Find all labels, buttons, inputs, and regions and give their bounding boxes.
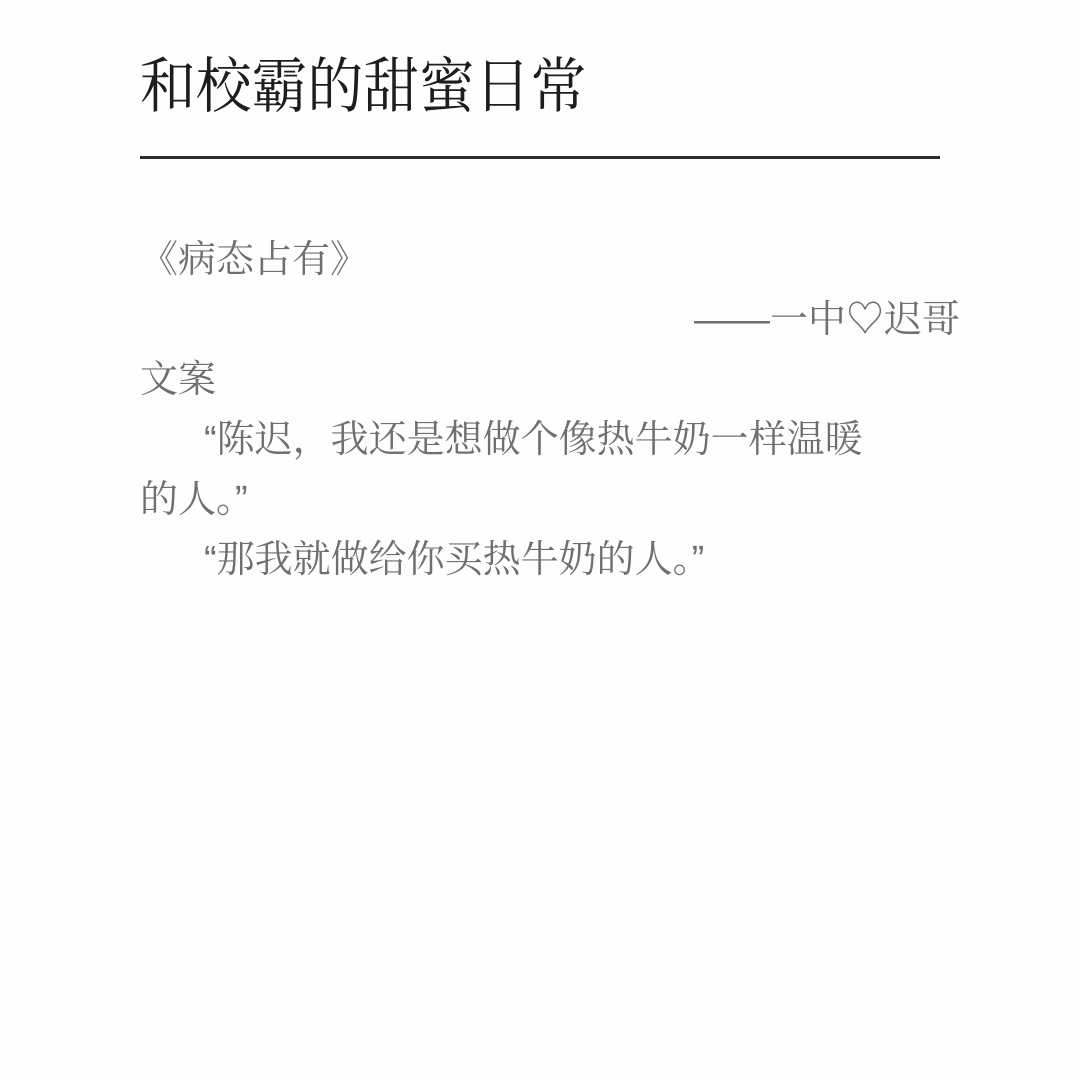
quote-line-2: 的人。” <box>140 470 960 530</box>
quote-line-1: “陈迟，我还是想做个像热牛奶一样温暖 <box>140 410 960 470</box>
section-label: 文案 <box>140 350 960 410</box>
attribution-line: ——一中♡迟哥 <box>140 290 960 350</box>
quote-line-3: “那我就做给你买热牛奶的人。” <box>140 530 960 590</box>
book-title: 《病态占有》 <box>140 230 960 290</box>
page-title: 和校霸的甜蜜日常 <box>140 52 586 121</box>
story-card-page: 和校霸的甜蜜日常 《病态占有》 ——一中♡迟哥 文案 “陈迟，我还是想做个像热牛… <box>0 0 1080 1080</box>
title-divider <box>140 156 940 159</box>
story-body: 《病态占有》 ——一中♡迟哥 文案 “陈迟，我还是想做个像热牛奶一样温暖 的人。… <box>140 230 960 590</box>
